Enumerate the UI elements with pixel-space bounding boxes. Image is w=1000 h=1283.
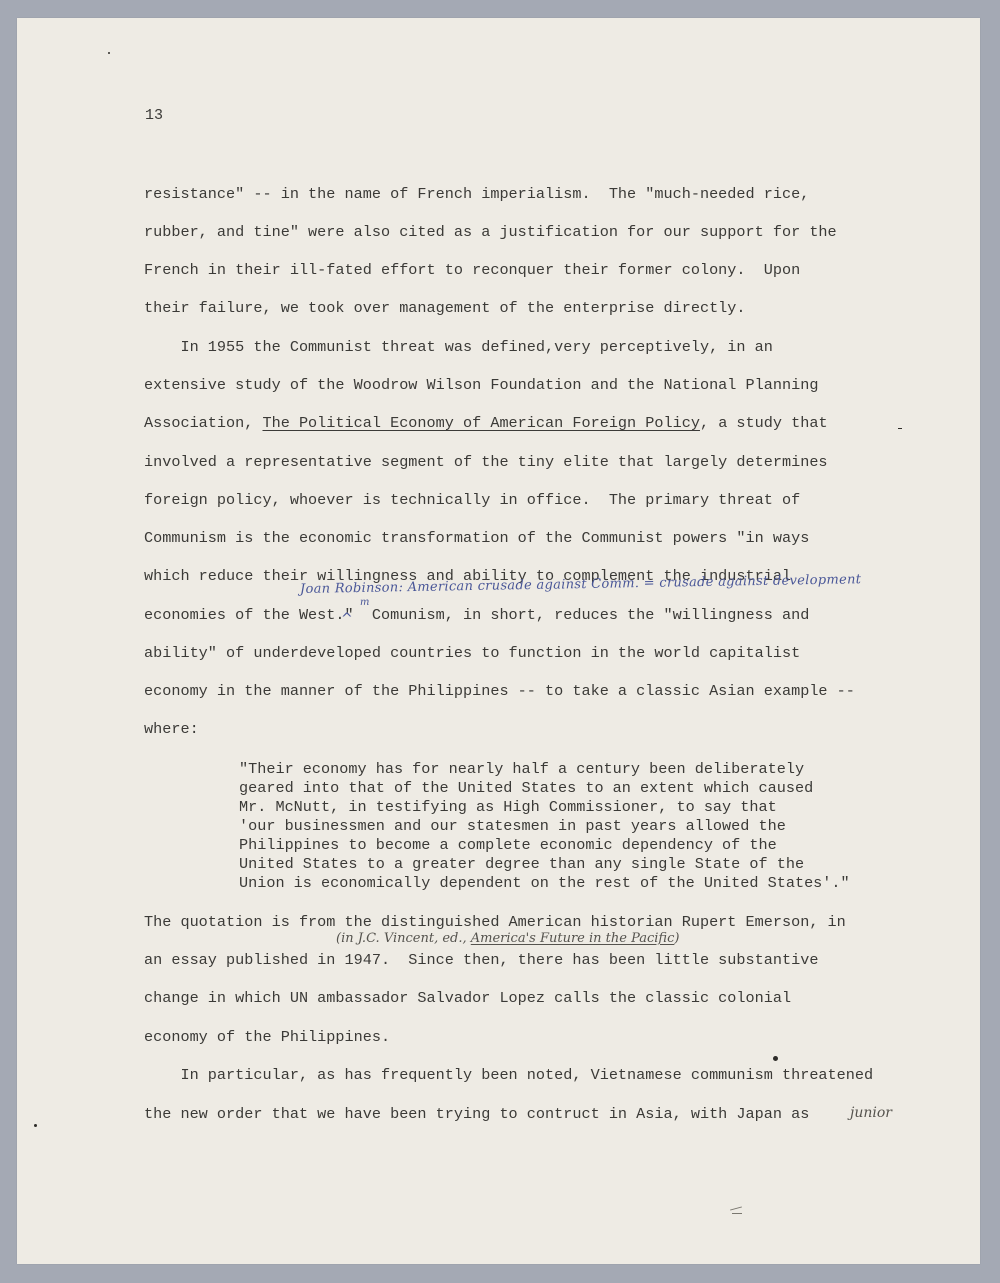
handwritten-annotation-junior: junior bbox=[850, 1105, 892, 1121]
text-line: foreign policy, whoever is technically i… bbox=[144, 491, 800, 509]
text-line: The quotation is from the distinguished … bbox=[144, 913, 846, 931]
text-line: French in their ill-fated effort to reco… bbox=[144, 261, 800, 279]
quote-line: United States to a greater degree than a… bbox=[239, 855, 804, 874]
pencil-mark bbox=[732, 1213, 742, 1214]
ink-dot bbox=[773, 1056, 778, 1061]
text-line: economy of the Philippines. bbox=[144, 1028, 390, 1046]
citation-title: America's Future in the Pacific bbox=[471, 931, 675, 946]
quote-line: Mr. McNutt, in testifying as High Commis… bbox=[239, 798, 777, 817]
quote-line: Union is economically dependent on the r… bbox=[239, 874, 850, 893]
text-line: involved a representative segment of the… bbox=[144, 453, 828, 471]
handwritten-insert-m: m bbox=[360, 597, 370, 608]
text-segment: , a study that bbox=[700, 414, 828, 432]
text-line: where: bbox=[144, 720, 199, 738]
text-line: the new order that we have been trying t… bbox=[144, 1105, 809, 1123]
margin-mark bbox=[898, 428, 902, 429]
quote-line: geared into that of the United States to… bbox=[239, 779, 813, 798]
citation-suffix: ) bbox=[674, 931, 679, 946]
paper-speck bbox=[34, 1124, 37, 1127]
text-line: In particular, as has frequently been no… bbox=[144, 1066, 873, 1084]
text-line: Communism is the economic transformation… bbox=[144, 529, 809, 547]
quote-line: "Their economy has for nearly half a cen… bbox=[239, 760, 804, 779]
text-line: ability" of underdeveloped countries to … bbox=[144, 644, 800, 662]
insertion-caret: ^ bbox=[341, 611, 353, 627]
page-number: 13 bbox=[145, 107, 163, 124]
text-line: resistance" -- in the name of French imp… bbox=[144, 185, 809, 203]
text-line: Association, The Political Economy of Am… bbox=[144, 414, 828, 432]
handwritten-annotation-citation: (in J.C. Vincent, ed., America's Future … bbox=[336, 931, 679, 946]
quote-line: Philippines to become a complete economi… bbox=[239, 836, 777, 855]
text-line: an essay published in 1947. Since then, … bbox=[144, 951, 818, 969]
text-line: change in which UN ambassador Salvador L… bbox=[144, 989, 791, 1007]
text-line: extensive study of the Woodrow Wilson Fo… bbox=[144, 376, 818, 394]
text-line: their failure, we took over management o… bbox=[144, 299, 746, 317]
text-line: economy in the manner of the Philippines… bbox=[144, 682, 855, 700]
text-line: In 1955 the Communist threat was defined… bbox=[144, 338, 773, 356]
text-line: economies of the West." Comunism, in sho… bbox=[144, 606, 809, 624]
text-line: rubber, and tine" were also cited as a j… bbox=[144, 223, 837, 241]
text-segment: Association, bbox=[144, 414, 262, 432]
citation-prefix: (in J.C. Vincent, ed., bbox=[336, 931, 471, 946]
quote-line: 'our businessmen and our statesmen in pa… bbox=[239, 817, 786, 836]
paper-speck bbox=[108, 52, 110, 54]
book-title-underlined: The Political Economy of American Foreig… bbox=[262, 414, 699, 432]
